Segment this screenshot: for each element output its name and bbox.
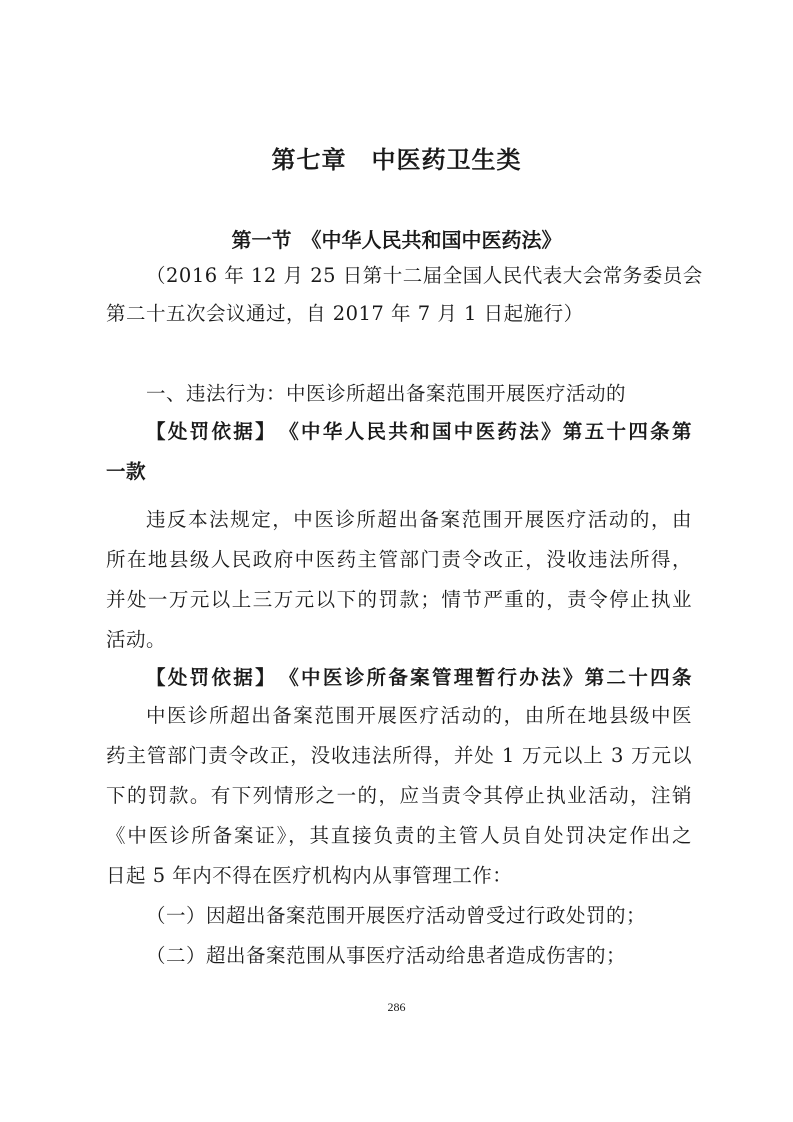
basis-1-body-line-1: 违反本法规定，中医诊所超出备案范围开展医疗活动的，由: [146, 506, 692, 534]
basis-1-body-line-2: 所在地县级人民政府中医药主管部门责令改正，没收违法所得，: [106, 546, 692, 574]
violation-heading: 一、违法行为：中医诊所超出备案范围开展医疗活动的: [146, 380, 692, 408]
document-page: 第七章 中医药卫生类 第一节 《中华人民共和国中医药法》 （2016 年 12 …: [0, 0, 793, 1122]
basis-1-body-line-3: 并处一万元以上三万元以下的罚款；情节严重的，责令停止执业: [106, 586, 692, 614]
penalty-basis-1-line-1: 【处罚依据】 《中华人民共和国中医药法》第五十四条第: [146, 418, 692, 446]
list-item-1: （一）因超出备案范围开展医疗活动曾受过行政处罚的；: [146, 902, 692, 930]
chapter-title: 第七章 中医药卫生类: [0, 140, 793, 175]
basis-2-body-line-4: 《中医诊所备案证》，其直接负责的主管人员自处罚决定作出之: [106, 822, 692, 850]
basis-2-body-line-1: 中医诊所超出备案范围开展医疗活动的，由所在地县级中医: [146, 702, 692, 730]
basis-2-body-line-5: 日起 5 年内不得在医疗机构内从事管理工作：: [106, 862, 692, 890]
list-item-2: （二）超出备案范围从事医疗活动给患者造成伤害的；: [146, 942, 692, 970]
penalty-basis-1-line-2: 一款: [106, 458, 692, 486]
basis-2-body-line-3: 下的罚款。有下列情形之一的，应当责令其停止执业活动，注销: [106, 782, 692, 810]
enactment-line-1: （2016 年 12 月 25 日第十二届全国人民代表大会常务委员会: [146, 262, 692, 290]
page-number: 286: [0, 1000, 793, 1015]
enactment-line-2: 第二十五次会议通过，自 2017 年 7 月 1 日起施行）: [106, 300, 692, 328]
section-title: 第一节 《中华人民共和国中医药法》: [0, 224, 793, 253]
penalty-basis-2-heading: 【处罚依据】 《中医诊所备案管理暂行办法》第二十四条: [146, 664, 692, 692]
basis-2-body-line-2: 药主管部门责令改正，没收违法所得，并处 1 万元以上 3 万元以: [106, 742, 692, 770]
basis-1-body-line-4: 活动。: [106, 626, 692, 654]
